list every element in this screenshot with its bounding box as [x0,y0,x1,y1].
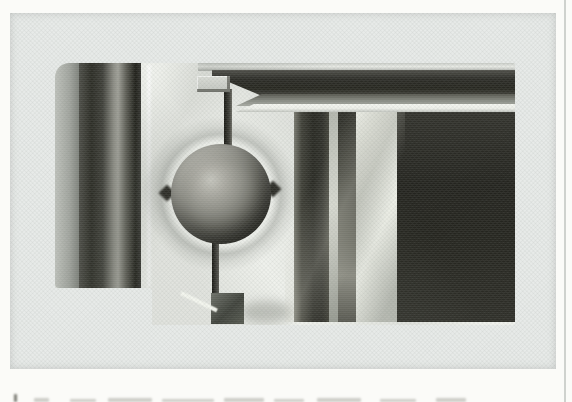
outer-ring-dark-band [294,110,329,322]
outer-ring-bright-gap [356,110,397,322]
caption-glyph-fragment [224,398,264,402]
page-scan-edge-line [564,0,566,402]
caption-glyph-fragment [34,398,49,402]
bearing-cross-section-drawing [55,63,515,325]
caption-glyph-fragment [317,398,361,402]
inner-ring-left-face [55,63,81,288]
cage-bar-lower [212,241,219,296]
bearing-ball [171,144,271,244]
caption-glyph-fragment [436,398,466,402]
flange-underside-highlight [228,104,515,112]
inner-ring-bottom-step-cutout [55,288,152,325]
outer-ring-mid-band [338,110,356,322]
outer-ring-light-streak [329,110,338,322]
outer-ring-flange [212,70,515,96]
outer-ring-solid-block [397,110,515,322]
caption-glyph-fragment [14,394,17,402]
cage-top-tab [197,76,230,92]
inner-ring-dark-band [79,63,141,288]
flange-top-light-strip [198,63,515,71]
cage-rivet-shadow [241,301,293,323]
halftone-photo-area [10,13,556,369]
caption-glyph-fragment [108,398,152,402]
cut-off-caption-text [12,393,492,402]
cage-bar-upper [224,89,232,151]
